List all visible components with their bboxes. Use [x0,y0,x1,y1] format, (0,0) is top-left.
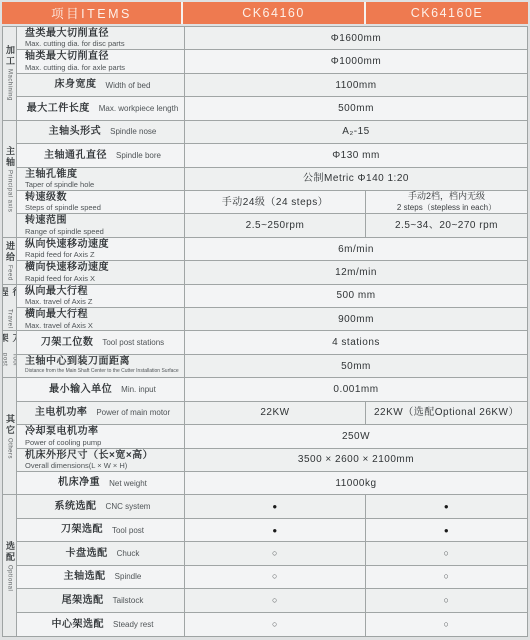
label-en: Range of spindle speed [25,227,180,236]
spec-label-tool-post-option: 刀架选配 Tool post [16,519,184,542]
label-zh: 机床净重 [58,477,100,489]
spec-label-max-travel-x: 横向最大行程 Max. travel of Axis X [16,308,184,331]
label-en: Net weight [109,479,147,488]
option-dot-open: ○ [184,613,365,636]
spec-label-net-weight: 机床净重 Net weight [16,472,184,495]
label-zh: 主轴孔锥度 [25,169,180,181]
spec-value: 6m/min [184,238,527,261]
spec-value-ck64160e: 手动2档，档内无级 2 steps（stepless in each） [365,191,527,214]
spec-value: A₂-15 [184,121,527,144]
spec-value: 12m/min [184,261,527,284]
spec-label-rapid-feed-z: 纵向快速移动速度 Rapid feed for Axis Z [16,238,184,261]
label-zh: 最小输入单位 [49,384,112,396]
spec-sheet-page: 项目ITEMS CK64160 CK64160E 加工 Machining 主轴… [0,0,530,640]
label-zh: 中心架选配 [52,619,105,631]
spec-label-width-of-bed: 床身宽度 Width of bed [16,74,184,97]
label-en: Spindle bore [116,151,161,160]
option-dot-open: ○ [184,542,365,565]
table-header: 项目ITEMS CK64160 CK64160E [2,2,528,24]
spec-table: 加工 Machining 主轴 Principal axis 进给 Feed 行… [2,26,528,637]
label-en: Max. workpiece length [99,104,179,113]
label-zh: 床身宽度 [55,79,97,91]
label-en: Tool post [112,526,144,535]
spec-label-spindle-nose: 主轴头形式 Spindle nose [16,121,184,144]
sidebar-group-zh: 选配 [3,541,16,563]
spec-label-cnc-system-option: 系统选配 CNC system [16,495,184,518]
spec-label-taper-spindle-hole: 主轴孔锥度 Taper of spindle hole [16,168,184,191]
spec-label-spindle-option: 主轴选配 Spindle [16,566,184,589]
label-zh: 冷却泵电机功率 [25,426,180,438]
label-zh: 刀架选配 [61,524,103,536]
spec-value: 250W [184,425,527,448]
label-en: Rapid feed for Axis Z [25,250,180,259]
label-en: Max. travel of Axis X [25,321,180,330]
spec-value: 3500 × 2600 × 2100mm [184,449,527,472]
label-zh: 轴类最大切削直径 [25,51,180,63]
sidebar-group-zh: 行程 [3,287,16,307]
spec-label-tailstock-option: 尾架选配 Tailstock [16,589,184,612]
sidebar-group-en: Tool post [3,353,16,376]
spec-value-ck64160: 手动24级（24 steps） [184,191,365,214]
label-zh: 机床外形尺寸（长×宽×高） [25,450,180,462]
sidebar-group-zh: 刀架 [3,333,16,350]
spec-label-range-spindle-speed: 转速范围 Range of spindle speed [16,214,184,237]
label-en: CNC system [106,502,151,511]
label-en: Tailstock [113,596,144,605]
label-zh: 卡盘选配 [66,548,108,560]
label-zh: 主轴通孔直径 [44,150,107,162]
label-zh: 纵向最大行程 [25,286,180,298]
label-zh: 纵向快速移动速度 [25,239,180,251]
spec-label-power-cooling-pump: 冷却泵电机功率 Power of cooling pump [16,425,184,448]
spec-value: Φ1000mm [184,50,527,73]
value-line-2: 2 steps（stepless in each） [397,202,496,213]
spec-label-tool-post-stations: 刀架工位数 Tool post stations [16,331,184,354]
label-en: Rapid feed for Axis X [25,274,180,283]
sidebar-group-machining: 加工 Machining [3,27,16,121]
spec-label-min-input: 最小输入单位 Min. input [16,378,184,401]
spec-value-ck64160: 2.5~250rpm [184,214,365,237]
spec-label-rapid-feed-x: 横向快速移动速度 Rapid feed for Axis X [16,261,184,284]
label-en: Max. travel of Axis Z [25,297,180,306]
label-en: Steps of spindle speed [25,203,180,212]
label-zh: 主轴中心到装刀面距离 [25,356,180,368]
label-en: Overall dimensions(L × W × H) [25,461,180,470]
sidebar-group-others: 其它 Others [3,378,16,495]
spec-value: 50mm [184,355,527,378]
label-en: Spindle nose [110,127,156,136]
spec-value: 500 mm [184,285,527,308]
value-line-1: 手动2档，档内无级 [408,191,485,202]
label-zh: 最大工件长度 [27,103,90,115]
option-dot-open: ○ [365,542,527,565]
option-dot-open: ○ [365,613,527,636]
label-en: Power of main motor [96,408,170,417]
label-en: Distance from the Main Shaft Center to t… [25,367,180,376]
spec-label-max-workpiece-length: 最大工件长度 Max. workpiece length [16,97,184,120]
label-en: Spindle [115,572,142,581]
sidebar-group-optional: 选配 Optional [3,495,16,636]
option-dot-open: ○ [184,589,365,612]
sidebar-group-en: Travel [5,309,15,328]
option-dot-filled: ● [184,495,365,518]
sidebar-group-tool-post: 刀架 Tool post [3,331,16,378]
option-dot-open: ○ [365,589,527,612]
label-zh: 刀架工位数 [41,337,94,349]
spec-value: 500mm [184,97,527,120]
spec-label-max-travel-z: 纵向最大行程 Max. travel of Axis Z [16,285,184,308]
spec-label-spindle-bore: 主轴通孔直径 Spindle bore [16,144,184,167]
sidebar-group-zh: 进给 [3,241,16,263]
option-dot-open: ○ [365,566,527,589]
spec-value-ck64160e: 22KW（选配Optional 26KW） [365,402,527,425]
label-zh: 横向快速移动速度 [25,262,180,274]
sidebar-group-en: Principal axis [5,170,15,212]
label-en: Steady rest [113,620,153,629]
spec-label-power-main-motor: 主电机功率 Power of main motor [16,402,184,425]
option-dot-filled: ● [365,495,527,518]
label-zh: 主电机功率 [35,407,88,419]
spec-label-max-cutting-dia-axle: 轴类最大切削直径 Max. cutting dia. for axle part… [16,50,184,73]
header-items: 项目ITEMS [2,2,181,24]
sidebar-group-en: Feed [5,265,15,281]
label-en: Max. cutting dia. for axle parts [25,63,180,72]
label-en: Chuck [117,549,140,558]
spec-label-steady-rest-option: 中心架选配 Steady rest [16,613,184,636]
spec-value: 4 stations [184,331,527,354]
sidebar-group-zh: 加工 [3,45,16,67]
option-dot-filled: ● [184,519,365,542]
spec-value: 900mm [184,308,527,331]
label-en: Taper of spindle hole [25,180,180,189]
spec-value-ck64160: 22KW [184,402,365,425]
spec-value: 0.001mm [184,378,527,401]
sidebar-group-en: Optional [5,565,15,591]
sidebar-group-en: Others [5,438,15,459]
spec-value: Φ1600mm [184,27,527,50]
label-zh: 转速级数 [25,192,180,204]
label-en: Min. input [121,385,156,394]
option-dot-filled: ● [365,519,527,542]
sidebar-group-principal-axis: 主轴 Principal axis [3,121,16,238]
header-model-ck64160e: CK64160E [366,2,528,24]
header-model-ck64160: CK64160 [183,2,364,24]
label-en: Tool post stations [102,338,164,347]
label-zh: 主轴头形式 [49,126,102,138]
sidebar-group-travel: 行程 Travel [3,285,16,332]
spec-value: 11000kg [184,472,527,495]
sidebar-group-en: Machining [5,69,15,101]
label-zh: 盘类最大切削直径 [25,28,180,40]
spec-value: 1100mm [184,74,527,97]
spec-value: Φ130 mm [184,144,527,167]
option-dot-open: ○ [184,566,365,589]
sidebar-group-feed: 进给 Feed [3,238,16,285]
spec-label-center-to-cutter-distance: 主轴中心到装刀面距离 Distance from the Main Shaft … [16,355,184,378]
label-zh: 主轴选配 [64,571,106,583]
spec-label-overall-dimensions: 机床外形尺寸（长×宽×高） Overall dimensions(L × W ×… [16,449,184,472]
spec-value: 公制Metric Φ140 1:20 [184,168,527,191]
spec-label-chuck-option: 卡盘选配 Chuck [16,542,184,565]
label-zh: 横向最大行程 [25,309,180,321]
label-en: Power of cooling pump [25,438,180,447]
sidebar-group-zh: 其它 [3,414,16,436]
label-zh: 系统选配 [55,501,97,513]
spec-label-steps-spindle-speed: 转速级数 Steps of spindle speed [16,191,184,214]
label-zh: 尾架选配 [62,595,104,607]
spec-label-max-cutting-dia-disc: 盘类最大切削直径 Max. cutting dia. for disc part… [16,27,184,50]
label-zh: 转速范围 [25,215,180,227]
sidebar-group-zh: 主轴 [3,146,16,168]
label-en: Max. cutting dia. for disc parts [25,39,180,48]
label-en: Width of bed [106,81,151,90]
spec-value-ck64160e: 2.5~34、20~270 rpm [365,214,527,237]
